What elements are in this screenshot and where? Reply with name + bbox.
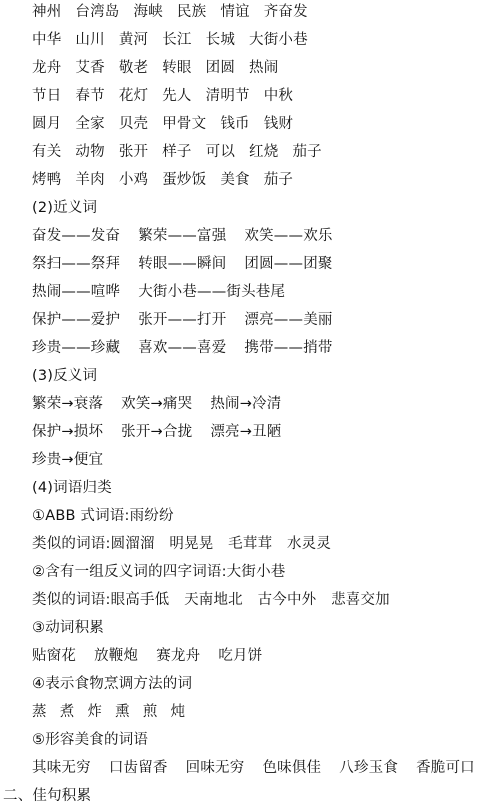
word: 香脆可口	[416, 754, 475, 782]
word: 钱币	[220, 110, 249, 138]
synonym-row-2: 祭扫——祭拜转眼——瞬间团圆——团聚	[32, 250, 351, 278]
word: 蒸	[32, 698, 47, 726]
word: 长江	[162, 26, 191, 54]
word: 煮	[60, 698, 75, 726]
synonym-row-5: 珍贵——珍藏喜欢——喜爱携带——捎带	[32, 334, 351, 362]
word: 钱财	[264, 110, 293, 138]
word: 其味无穷	[32, 754, 91, 782]
synonym-pair: 转眼——瞬间	[138, 250, 226, 278]
synonyms-heading: (2)近义词	[32, 194, 97, 222]
synonym-pair: 大街小巷——街头巷尾	[138, 278, 285, 306]
word: 甲骨文	[162, 110, 206, 138]
antonym-pair: 热闹→冷清	[210, 390, 281, 418]
abb-words-title: ①ABB 式词语:雨纷纷	[32, 502, 174, 530]
word: 回味无穷	[186, 754, 245, 782]
synonym-row-3: 热闹——喧哗大街小巷——街头巷尾	[32, 278, 303, 306]
word: 海峡	[134, 0, 163, 26]
vocab-row-3: 龙舟艾香敬老转眼团圆热闹	[32, 54, 292, 82]
synonym-row-1: 奋发——发奋繁荣——富强欢笑——欢乐	[32, 222, 351, 250]
word: 贴窗花	[32, 642, 76, 670]
word: 吃月饼	[218, 642, 262, 670]
word: 清明节	[206, 82, 250, 110]
synonym-pair: 携带——捎带	[244, 334, 332, 362]
antonym-row-3: 珍贵→便宜	[32, 446, 121, 474]
antonym-pair: 张开→合拢	[121, 418, 192, 446]
word: 山川	[75, 26, 104, 54]
antonym-row-1: 繁荣→衰落欢笑→痛哭热闹→冷清	[32, 390, 299, 418]
word: 张开	[119, 138, 148, 166]
cooking-title: ④表示食物烹调方法的词	[32, 670, 192, 698]
word: 中秋	[264, 82, 293, 110]
synonym-pair: 繁荣——富强	[138, 222, 226, 250]
word: 大街小巷	[249, 26, 308, 54]
word: 红烧	[249, 138, 278, 166]
antonym-pair: 漂亮→丑陋	[210, 418, 281, 446]
vocab-row-7: 烤鸭羊肉小鸡蛋炒饭美食茄子	[32, 166, 307, 194]
word: 转眼	[162, 54, 191, 82]
synonym-pair: 保护——爱护	[32, 306, 120, 334]
section-2-heading: 二、佳句积累	[3, 782, 91, 809]
synonym-pair: 张开——打开	[138, 306, 226, 334]
antonym-idiom-title: ②含有一组反义词的四字词语:大街小巷	[32, 558, 285, 586]
food-words-title: ⑤形容美食的词语	[32, 726, 148, 754]
cooking-words: 蒸煮炸熏煎炖	[32, 698, 198, 726]
word: 艾香	[75, 54, 104, 82]
word: 八珍玉食	[339, 754, 398, 782]
food-words: 其味无穷口齿留香回味无穷色味俱佳八珍玉食香脆可口	[32, 754, 493, 782]
word: 样子	[162, 138, 191, 166]
abb-similar-words: 类似的词语:圆溜溜 明晃晃 毛茸茸 水灵灵	[32, 530, 331, 558]
word: 蛋炒饭	[162, 166, 206, 194]
word: 情谊	[220, 0, 249, 26]
synonym-pair: 珍贵——珍藏	[32, 334, 120, 362]
word: 可以	[206, 138, 235, 166]
word: 煎	[143, 698, 158, 726]
synonym-pair: 奋发——发奋	[32, 222, 120, 250]
vocab-row-5: 圆月全家贝壳甲骨文钱币钱财	[32, 110, 307, 138]
synonym-pair: 祭扫——祭拜	[32, 250, 120, 278]
word: 圆月	[32, 110, 61, 138]
word: 赛龙舟	[156, 642, 200, 670]
word: 动物	[75, 138, 104, 166]
antonym-pair: 保护→损坏	[32, 418, 103, 446]
verb-words: 贴窗花放鞭炮赛龙舟吃月饼	[32, 642, 280, 670]
antonym-row-2: 保护→损坏张开→合拢漂亮→丑陋	[32, 418, 299, 446]
word: 长城	[206, 26, 235, 54]
word: 热闹	[249, 54, 278, 82]
synonym-row-4: 保护——爱护张开——打开漂亮——美丽	[32, 306, 351, 334]
vocab-row-1: 神州台湾岛海峡民族情谊齐奋发	[32, 0, 322, 26]
word: 齐奋发	[264, 0, 308, 26]
word: 神州	[32, 0, 61, 26]
antonym-pair: 繁荣→衰落	[32, 390, 103, 418]
word: 茄子	[292, 138, 321, 166]
word: 炸	[87, 698, 102, 726]
word: 先人	[162, 82, 191, 110]
word: 熏	[115, 698, 130, 726]
word: 色味俱佳	[262, 754, 321, 782]
word: 民族	[177, 0, 206, 26]
antonyms-heading: (3)反义词	[32, 362, 97, 390]
word: 花灯	[119, 82, 148, 110]
word: 有关	[32, 138, 61, 166]
classification-heading: (4)词语归类	[32, 474, 112, 502]
word: 敬老	[119, 54, 148, 82]
word: 炖	[171, 698, 186, 726]
word: 中华	[32, 26, 61, 54]
vocab-row-2: 中华山川黄河长江长城大街小巷	[32, 26, 322, 54]
word: 茄子	[264, 166, 293, 194]
synonym-pair: 热闹——喧哗	[32, 278, 120, 306]
word: 口齿留香	[109, 754, 168, 782]
antonym-pair: 珍贵→便宜	[32, 446, 103, 474]
word: 节日	[32, 82, 61, 110]
word: 全家	[75, 110, 104, 138]
vocab-row-6: 有关动物张开样子可以红烧茄子	[32, 138, 336, 166]
word: 春节	[75, 82, 104, 110]
synonym-pair: 欢笑——欢乐	[244, 222, 332, 250]
word: 美食	[220, 166, 249, 194]
synonym-pair: 漂亮——美丽	[244, 306, 332, 334]
vocab-row-4: 节日春节花灯先人清明节中秋	[32, 82, 307, 110]
verb-title: ③动词积累	[32, 614, 104, 642]
synonym-pair: 团圆——团聚	[244, 250, 332, 278]
synonym-pair: 喜欢——喜爱	[138, 334, 226, 362]
word: 龙舟	[32, 54, 61, 82]
antonym-idiom-similar: 类似的词语:眼高手低 天南地北 古今中外 悲喜交加	[32, 586, 390, 614]
word: 小鸡	[119, 166, 148, 194]
word: 放鞭炮	[94, 642, 138, 670]
word: 黄河	[119, 26, 148, 54]
word: 台湾岛	[75, 0, 119, 26]
antonym-pair: 欢笑→痛哭	[121, 390, 192, 418]
word: 羊肉	[75, 166, 104, 194]
word: 团圆	[206, 54, 235, 82]
word: 贝壳	[119, 110, 148, 138]
word: 烤鸭	[32, 166, 61, 194]
